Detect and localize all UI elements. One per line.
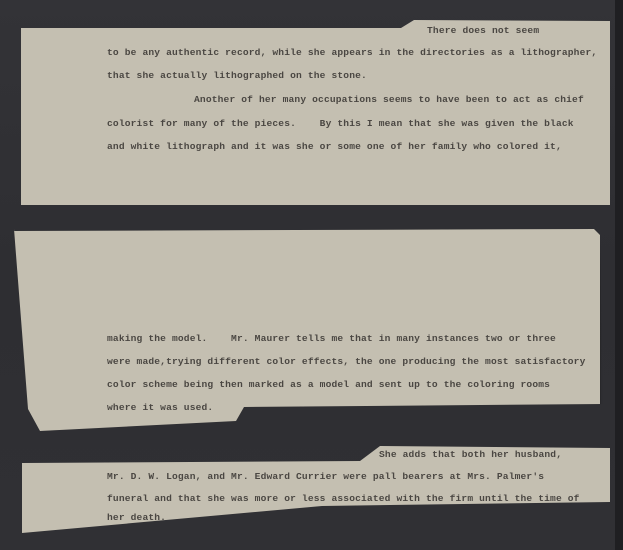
mounting-board-edge xyxy=(615,0,623,550)
text-line: to be any authentic record, while she ap… xyxy=(107,47,597,58)
text-line: There does not seem xyxy=(427,25,539,36)
text-line: Another of her many occupations seems to… xyxy=(194,94,584,105)
text-line: Mr. D. W. Logan, and Mr. Edward Currier … xyxy=(107,471,544,482)
text-line: She adds that both her husband, xyxy=(379,449,562,460)
text-line: color scheme being then marked as a mode… xyxy=(107,379,550,390)
text-line: colorist for many of the pieces. By this… xyxy=(107,118,574,129)
text-line: and white lithograph and it was she or s… xyxy=(107,141,562,152)
text-line: that she actually lithographed on the st… xyxy=(107,70,367,81)
text-line: her death. xyxy=(107,512,166,523)
text-line: making the model. Mr. Maurer tells me th… xyxy=(107,333,556,344)
text-line: were made,trying different color effects… xyxy=(107,356,585,367)
paper-strip-2 xyxy=(14,229,600,431)
text-line: where it was used. xyxy=(107,402,213,413)
text-line: funeral and that she was more or less as… xyxy=(107,493,580,504)
